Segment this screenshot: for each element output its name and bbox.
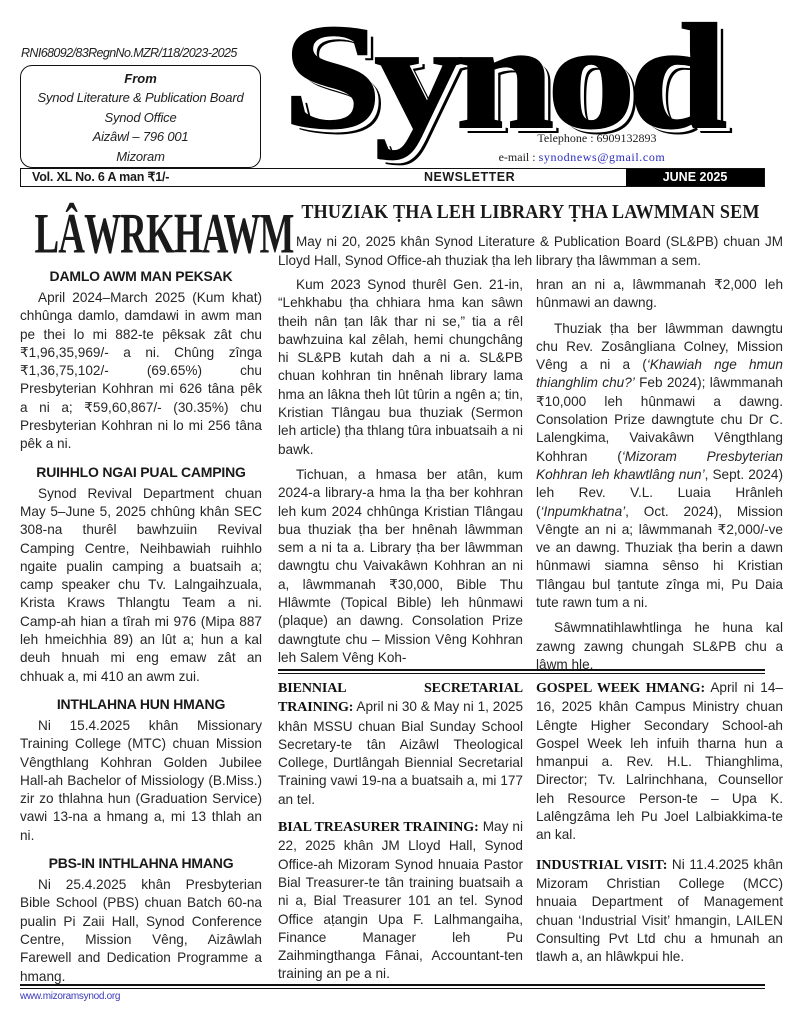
brief-body: April ni 14–16, 2025 khân Campus Ministr…	[536, 680, 783, 842]
newsletter-label: NEWSLETTER	[386, 169, 626, 186]
feature-column-right: hran an ni a, lâwmmanah ₹2,000 leh hûnma…	[536, 276, 783, 681]
feature-paragraph-continued: hran an ni a, lâwmmanah ₹2,000 leh hûnma…	[536, 276, 783, 313]
article-heading: INTHLAHNA HUN HMANG	[20, 694, 262, 714]
section-divider	[278, 669, 765, 674]
news-brief: GOSPEL WEEK HMANG: April ni 14–16, 2025 …	[536, 679, 783, 845]
from-line-office: Synod Office	[21, 108, 260, 128]
email-row: e-mail : synodnews@gmail.com	[462, 148, 702, 167]
from-line-city: Aizâwl – 796 001	[21, 127, 260, 147]
news-brief: INDUSTRIAL VISIT: Ni 11.4.2025 khân Mizo…	[536, 856, 783, 967]
brief-heading: INDUSTRIAL VISIT:	[536, 858, 667, 873]
feature-paragraph: Tichuan, a hmasa ber atân, kum 2024-a li…	[278, 466, 523, 667]
issue-date: JUNE 2025	[626, 169, 764, 186]
text-run: , Oct. 2024), Mission Vêngte an ni a; lâ…	[536, 504, 783, 610]
news-brief: BIAL TREASURER TRAINING: May ni 22, 2025…	[278, 818, 523, 984]
issue-info-bar: Vol. XL No. 6 A man ₹1/- NEWSLETTER JUNE…	[20, 168, 765, 187]
brief-body: April ni 30 & May ni 1, 2025 khân MSSU c…	[278, 699, 523, 806]
from-address-box: From Synod Literature & Publication Boar…	[20, 65, 261, 168]
email-link[interactable]: synodnews@gmail.com	[539, 150, 666, 164]
website-link[interactable]: www.mizoramsynod.org	[20, 991, 120, 1002]
from-title: From	[21, 69, 260, 88]
feature-headline: THUZIAK ṬHA LEH LIBRARY ṬHA LAWMMAN SEM	[296, 200, 766, 226]
article-body: April 2024–March 2025 (Kum khat) chhûnga…	[20, 289, 262, 454]
news-brief: BIENNIAL SECRETARIAL TRAINING: April ni …	[278, 679, 523, 809]
footer-divider	[20, 984, 765, 989]
registration-number: RNI68092/83RegnNo.MZR/118/2023-2025	[21, 46, 237, 60]
from-line-state: Mizoram	[21, 147, 260, 167]
article-title-italic: ‘Inpumkhatna’	[541, 504, 626, 519]
feature-paragraph: Sâwmnatihlawhtlinga he huna kal zawng za…	[536, 619, 783, 674]
briefs-column-right: GOSPEL WEEK HMANG: April ni 14–16, 2025 …	[536, 679, 783, 966]
briefs-column-middle: BIENNIAL SECRETARIAL TRAINING: April ni …	[278, 679, 523, 984]
feature-paragraph: Kum 2023 Synod thurêl Gen. 21-in, “Lehkh…	[278, 276, 523, 459]
article-body: Ni 15.4.2025 khân Missionary Training Co…	[20, 717, 262, 845]
feature-column-middle: Kum 2023 Synod thurêl Gen. 21-in, “Lehkh…	[278, 276, 523, 674]
article-body: Ni 25.4.2025 khân Presbyterian Bible Sch…	[20, 876, 262, 986]
volume-price: Vol. XL No. 6 A man ₹1/-	[21, 169, 386, 186]
brief-heading: BIAL TREASURER TRAINING:	[278, 820, 479, 835]
contact-info: Telephone : 6909132893 e-mail : synodnew…	[462, 129, 702, 167]
telephone: Telephone : 6909132893	[462, 129, 702, 148]
feature-lead: May ni 20, 2025 khân Synod Literature & …	[278, 233, 783, 270]
left-column-lawrkhawm: LÂWRKHAWM DAMLO AWM MAN PEKSAK April 202…	[20, 196, 262, 986]
email-label: e-mail :	[499, 150, 539, 164]
article-body: Synod Revival Department chuan May 5–Jun…	[20, 485, 262, 686]
article-heading: RUIHHLO NGAI PUAL CAMPING	[20, 462, 262, 482]
article-heading: PBS-IN INTHLAHNA HMANG	[20, 853, 262, 873]
feature-paragraph: Thuziak ṭha ber lâwmman dawngtu chu Rev.…	[536, 320, 783, 613]
section-title-lawrkhawm: LÂWRKHAWM	[35, 196, 248, 291]
brief-body: May ni 22, 2025 khân JM Lloyd Hall, Syno…	[278, 819, 523, 981]
from-line-board: Synod Literature & Publication Board	[21, 88, 260, 108]
brief-heading: GOSPEL WEEK HMANG:	[536, 681, 705, 696]
